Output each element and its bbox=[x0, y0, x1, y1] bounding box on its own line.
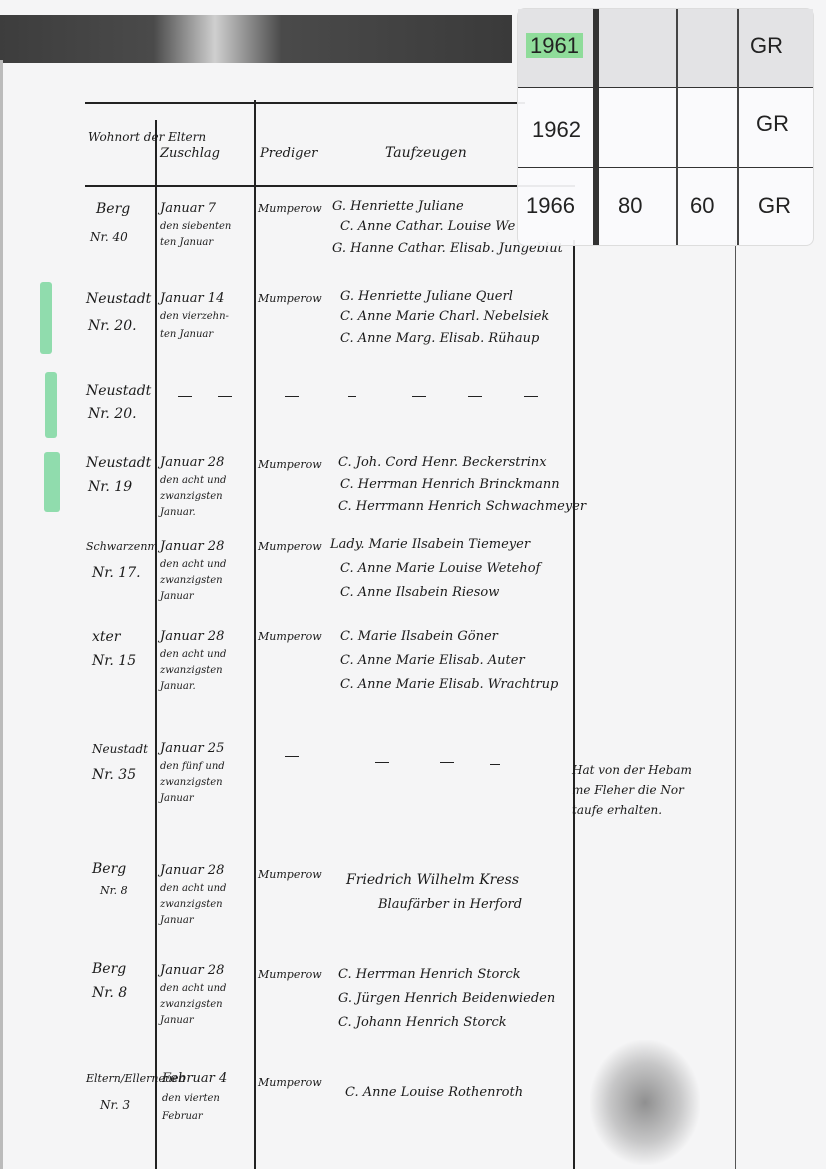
blank-dash bbox=[490, 764, 500, 765]
entry-number: Nr. 40 bbox=[90, 226, 128, 248]
entry-date-words: ten Januar bbox=[160, 326, 213, 343]
col-divider-4 bbox=[735, 240, 736, 1169]
entry-preacher: Mumperow bbox=[258, 628, 322, 645]
table-top-rule bbox=[85, 102, 525, 104]
entry-location: Neustadt bbox=[92, 738, 148, 760]
col-divider-3 bbox=[573, 240, 575, 1169]
blank-dash bbox=[412, 396, 426, 397]
entry-date-words: den acht und bbox=[160, 880, 226, 897]
entry-witness: C. Marie Ilsabein Göner bbox=[340, 628, 498, 645]
entry-date: Februar 4 bbox=[162, 1070, 227, 1087]
entry-location: Neustadt bbox=[86, 452, 151, 474]
entry-date-words: den vierten bbox=[162, 1090, 220, 1107]
label-code: GR bbox=[750, 33, 783, 59]
label-row: 1961 GR bbox=[518, 9, 813, 88]
header-residence: Wohnort der Eltern bbox=[88, 130, 206, 144]
entry-witness: G. Henriette Juliane bbox=[332, 198, 464, 215]
entry-number: Nr. 8 bbox=[100, 880, 128, 902]
entry-location: Neustadt bbox=[86, 380, 151, 402]
label-year: 1961 bbox=[526, 33, 583, 59]
entry-date-words: zwanzigsten bbox=[160, 896, 223, 913]
entry-location: xter bbox=[92, 626, 121, 648]
entry-date-words: Januar. bbox=[160, 678, 196, 695]
ink-smudge bbox=[590, 1040, 700, 1165]
highlight-marker bbox=[44, 452, 60, 512]
header-date: Zuschlag bbox=[160, 145, 220, 162]
blank-dash bbox=[285, 756, 299, 757]
highlighted-year: 1961 bbox=[526, 33, 583, 58]
label-col2: 80 bbox=[618, 193, 642, 219]
blank-dash bbox=[440, 762, 454, 763]
entry-number: Nr. 20. bbox=[88, 315, 137, 337]
entry-number: Nr. 17. bbox=[92, 562, 141, 584]
entry-date-words: zwanzigsten bbox=[160, 996, 223, 1013]
entry-date-words: den acht und bbox=[160, 980, 226, 997]
entry-date-words: den siebenten bbox=[160, 218, 231, 235]
entry-witness: C. Anne Marie Charl. Nebelsiek bbox=[340, 308, 549, 325]
label-divider bbox=[676, 9, 678, 245]
entry-date: Januar 28 bbox=[160, 862, 224, 879]
label-row: 1966 80 60 GR bbox=[518, 169, 813, 247]
entry-date-words: Januar bbox=[160, 1012, 194, 1029]
col-divider-2 bbox=[254, 100, 256, 1169]
blank-dash bbox=[524, 396, 538, 397]
entry-number: Nr. 15 bbox=[92, 650, 136, 672]
entry-date-words: den fünf und bbox=[160, 758, 225, 775]
entry-date-words: zwanzigsten bbox=[160, 774, 223, 791]
col-divider-1 bbox=[155, 120, 157, 1169]
entry-number: Nr. 20. bbox=[88, 403, 137, 425]
entry-date: Januar 28 bbox=[160, 962, 224, 979]
entry-witness: C. Johann Henrich Storck bbox=[338, 1014, 507, 1031]
entry-date-words: zwanzigsten bbox=[160, 488, 223, 505]
entry-date-words: ten Januar bbox=[160, 234, 213, 251]
entry-number: Nr. 3 bbox=[100, 1094, 130, 1116]
entry-date-words: Januar bbox=[160, 912, 194, 929]
blank-dash bbox=[285, 396, 299, 397]
entry-date-words: zwanzigsten bbox=[160, 662, 223, 679]
entry-location: Berg bbox=[92, 958, 126, 980]
entry-date: Januar 28 bbox=[160, 538, 224, 555]
entry-date-words: zwanzigsten bbox=[160, 572, 223, 589]
entry-witness: C. Anne Ilsabein Riesow bbox=[340, 584, 499, 601]
note-line: Hat von der Hebam bbox=[572, 760, 692, 780]
entry-preacher: Mumperow bbox=[258, 290, 322, 307]
label-divider-thick bbox=[593, 9, 599, 245]
entry-witness: Blaufärber in Herford bbox=[378, 896, 522, 913]
entry-date: Januar 28 bbox=[160, 454, 224, 471]
blank-dash bbox=[348, 396, 356, 397]
entry-witness: C. Joh. Cord Henr. Beckerstrinx bbox=[338, 454, 547, 471]
entry-location: Neustadt bbox=[86, 288, 151, 310]
entry-witness: G. Henriette Juliane Querl bbox=[340, 288, 513, 305]
entry-date: Januar 7 bbox=[160, 200, 216, 217]
entry-location: Schwarzenm bbox=[86, 536, 158, 558]
entry-date-words: den acht und bbox=[160, 556, 226, 573]
entry-date-words: Januar bbox=[160, 790, 194, 807]
blank-dash bbox=[218, 396, 232, 397]
highlight-marker bbox=[45, 372, 57, 438]
entry-number: Nr. 19 bbox=[88, 476, 132, 498]
entry-number: Nr. 35 bbox=[92, 764, 136, 786]
label-year: 1962 bbox=[532, 117, 581, 143]
entry-location: Berg bbox=[92, 858, 126, 880]
label-row: 1962 GR bbox=[518, 89, 813, 168]
entry-location: Berg bbox=[96, 198, 130, 220]
entry-witness: C. Anne Marie Elisab. Auter bbox=[340, 652, 525, 669]
blank-dash bbox=[468, 396, 482, 397]
note-line: me Fleher die Nor bbox=[572, 780, 692, 800]
entry-date-words: den vierzehn- bbox=[160, 308, 229, 325]
note-line: taufe erhalten. bbox=[572, 800, 692, 820]
label-year: 1966 bbox=[526, 193, 575, 219]
header-bottom-rule bbox=[85, 185, 575, 187]
entry-date-words: Januar. bbox=[160, 504, 196, 521]
entry-witness: C. Herrmann Henrich Schwachmeyer bbox=[338, 498, 586, 515]
header-witnesses: Taufzeugen bbox=[385, 145, 467, 162]
entry-preacher: Mumperow bbox=[258, 966, 322, 983]
entry-date-words: Januar bbox=[160, 588, 194, 605]
entry-date-words: den acht und bbox=[160, 472, 226, 489]
entry-witness: Lady. Marie Ilsabein Tiemeyer bbox=[330, 536, 530, 553]
entry-preacher: Mumperow bbox=[258, 538, 322, 555]
entry-date: Januar 14 bbox=[160, 290, 224, 307]
entry-witness: C. Anne Marg. Elisab. Rühaup bbox=[340, 330, 539, 347]
label-divider bbox=[737, 9, 739, 245]
document-page: Wohnort der Eltern Zuschlag Prediger Tau… bbox=[0, 0, 826, 1169]
page-edge bbox=[0, 60, 3, 1169]
entry-preacher: Mumperow bbox=[258, 866, 322, 883]
entry-preacher: Mumperow bbox=[258, 1074, 322, 1091]
entry-witness: C. Anne Marie Elisab. Wrachtrup bbox=[340, 676, 558, 693]
entry-date: Januar 25 bbox=[160, 740, 224, 757]
scan-dark-band bbox=[0, 15, 512, 63]
blank-dash bbox=[375, 762, 389, 763]
header-preacher: Prediger bbox=[260, 145, 317, 162]
entry-witness: Friedrich Wilhelm Kress bbox=[346, 872, 519, 889]
entry-date-words: Februar bbox=[162, 1108, 203, 1125]
entry-witness: G. Jürgen Henrich Beidenwieden bbox=[338, 990, 555, 1007]
label-code: GR bbox=[756, 111, 789, 137]
label-col3: 60 bbox=[690, 193, 714, 219]
entry-number: Nr. 8 bbox=[92, 982, 127, 1004]
entry-date-words: den acht und bbox=[160, 646, 226, 663]
entry-witness: C. Herrman Henrich Storck bbox=[338, 966, 521, 983]
entry-witness: C. Anne Marie Louise Wetehof bbox=[340, 560, 540, 577]
entry-preacher: Mumperow bbox=[258, 200, 322, 217]
label-code: GR bbox=[758, 193, 791, 219]
margin-note: Hat von der Hebam me Fleher die Nor tauf… bbox=[572, 760, 692, 820]
entry-witness: C. Herrman Henrich Brinckmann bbox=[340, 476, 560, 493]
entry-witness: C. Anne Cathar. Louise We bbox=[340, 218, 515, 235]
entry-witness: C. Anne Louise Rothenroth bbox=[345, 1084, 523, 1101]
entry-preacher: Mumperow bbox=[258, 456, 322, 473]
year-label-table: 1961 GR 1962 GR 1966 80 60 GR bbox=[517, 8, 814, 246]
entry-date: Januar 28 bbox=[160, 628, 224, 645]
blank-dash bbox=[178, 396, 192, 397]
highlight-marker bbox=[40, 282, 52, 354]
